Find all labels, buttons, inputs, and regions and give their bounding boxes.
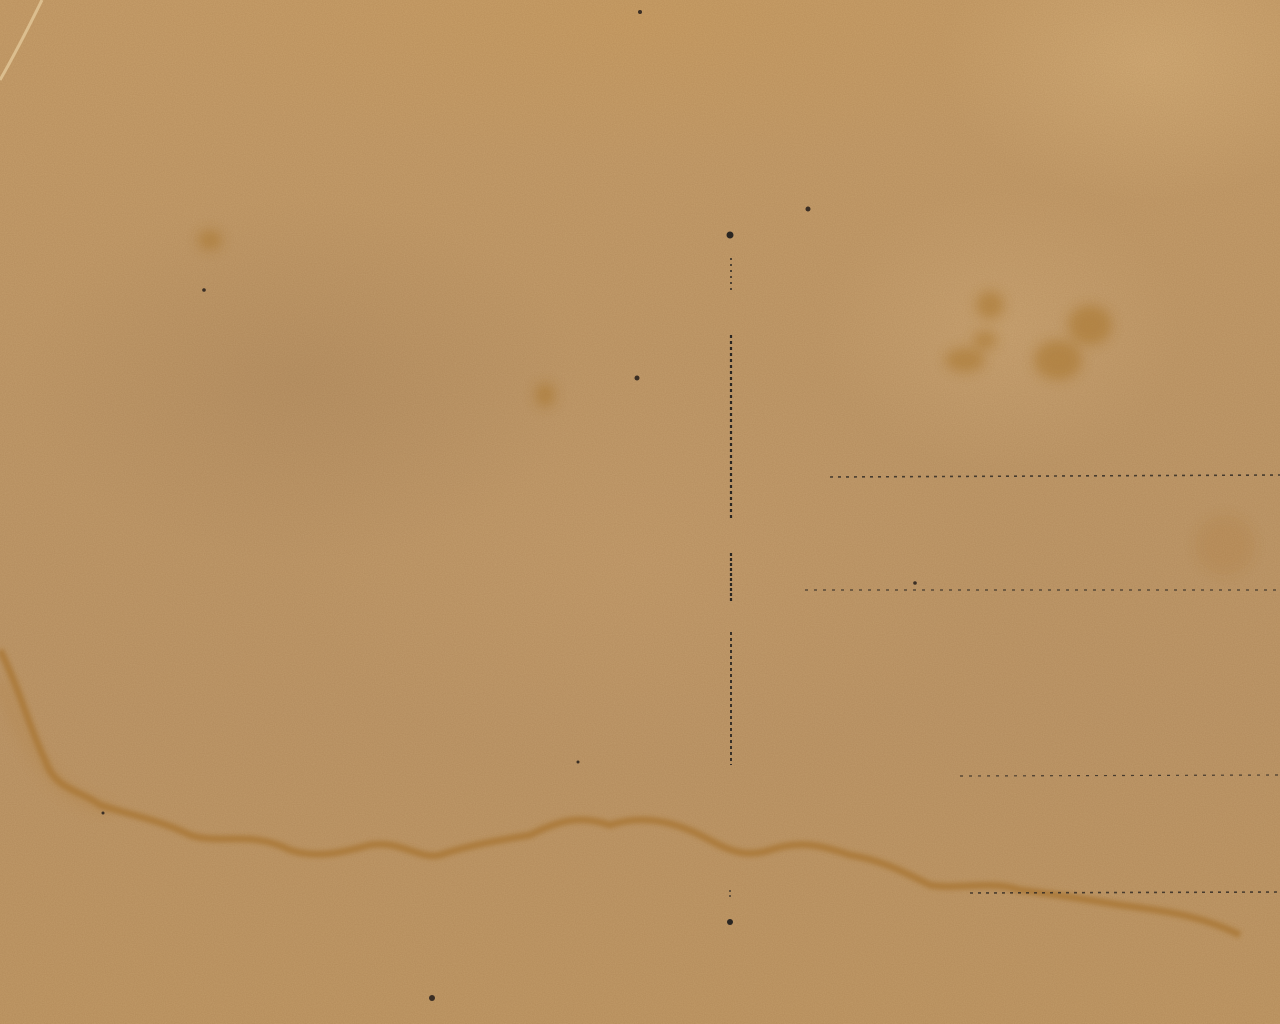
address-line-3 xyxy=(960,775,1280,776)
divider-line xyxy=(727,232,734,926)
postcard-back xyxy=(0,0,1280,1024)
address-line-1 xyxy=(830,475,1280,477)
corner-crease xyxy=(0,0,42,80)
ink-specks xyxy=(102,10,917,1001)
stain-spots xyxy=(198,230,1255,575)
water-stain-edge xyxy=(0,650,1240,935)
postcard-markings xyxy=(0,0,1280,1024)
